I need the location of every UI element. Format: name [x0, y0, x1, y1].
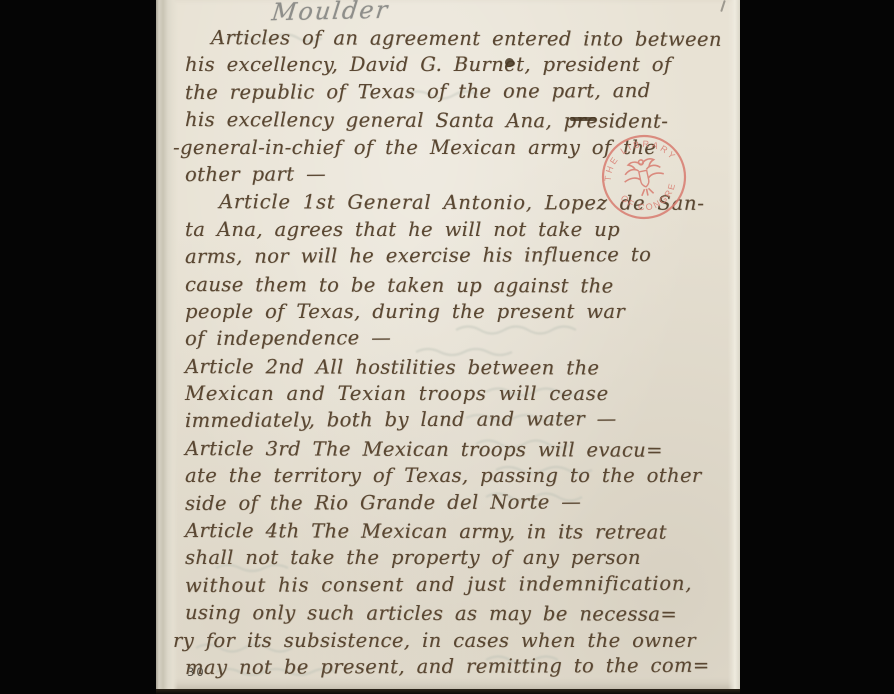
manuscript-line: side of the Rio Grande del Norte — — [185, 487, 732, 517]
manuscript-line: the republic of Texas of the one part, a… — [185, 76, 732, 106]
scan-border-bottom — [156, 689, 740, 694]
manuscript-line: Mexican and Texian troops will cease — [185, 380, 732, 407]
manuscript-page: Moulder Articles of an agreement entered… — [156, 0, 740, 694]
page-number: 30 — [187, 665, 206, 679]
manuscript-line: without his consent and just indemnifica… — [185, 569, 732, 599]
page-edge — [156, 0, 178, 694]
manuscript-line: may not be present, and remitting to the… — [185, 652, 732, 682]
library-of-congress-stamp: THE LIBRARY OF CONGRESS — [589, 122, 698, 231]
ink-blot — [570, 117, 596, 121]
manuscript-line: Article 4th The Mexican army, in its ret… — [185, 517, 732, 546]
manuscript-line: people of Texas, during the present war — [185, 298, 732, 325]
pencil-scratch — [720, 0, 726, 12]
manuscript-line: immediately, both by land and water — — [185, 405, 732, 435]
manuscript-line: Article 3rd The Mexican troops will evac… — [185, 435, 732, 464]
eagle-icon — [621, 156, 668, 200]
manuscript-line: arms, nor will he exercise his influence… — [185, 241, 732, 271]
manuscript-line: Articles of an agreement entered into be… — [185, 24, 732, 53]
manuscript-line: cause them to be taken up against the — [185, 271, 732, 300]
manuscript-line: shall not take the property of any perso… — [185, 544, 732, 571]
manuscript-line: of independence — — [185, 323, 732, 353]
scan-border-right — [740, 0, 894, 694]
scan-border-left — [0, 0, 156, 694]
manuscript-line: his excellency, David G. Burnet, preside… — [185, 51, 732, 78]
manuscript-line: using only such articles as may be neces… — [185, 599, 732, 628]
manuscript-line: Article 2nd All hostilities between the — [185, 353, 732, 382]
manuscript-line: ate the territory of Texas, passing to t… — [185, 462, 732, 489]
pencil-annotation: Moulder — [270, 0, 391, 26]
manuscript-text: Articles of an agreement entered into be… — [185, 24, 732, 681]
manuscript-line: ry for its subsistence, in cases when th… — [173, 627, 732, 654]
ink-blot — [505, 58, 514, 67]
